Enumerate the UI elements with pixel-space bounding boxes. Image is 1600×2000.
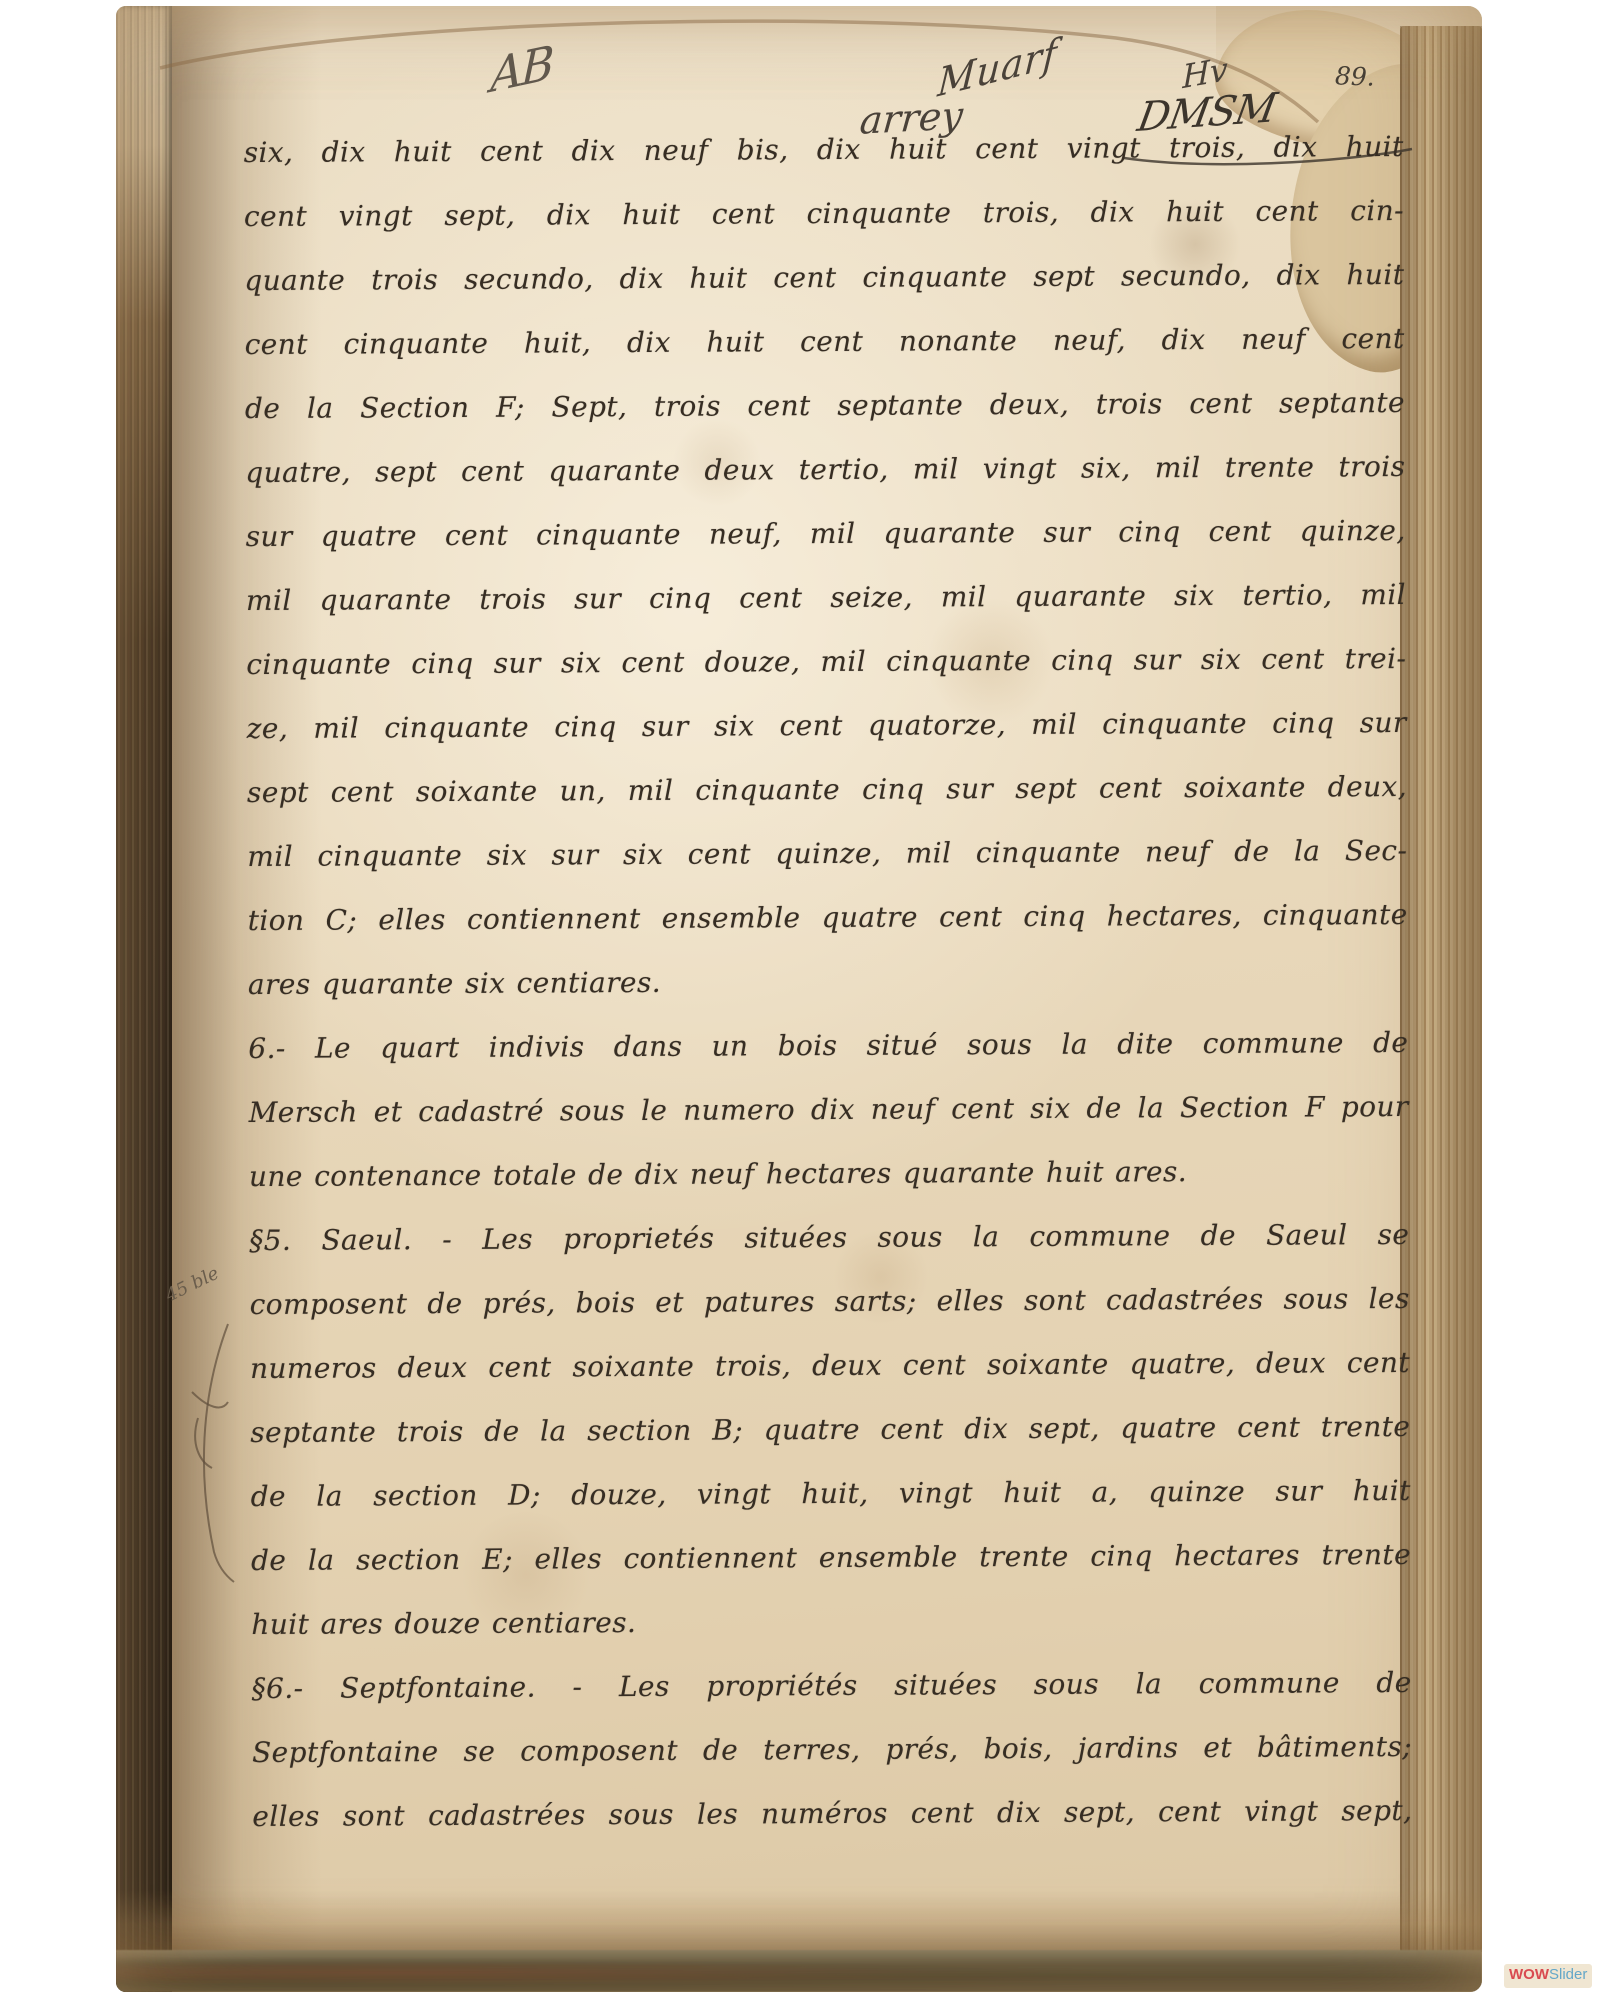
manuscript-line: cent vingt sept, dix huit cent cinquante…	[244, 179, 1404, 249]
manuscript-line: numeros deux cent soixante trois, deux c…	[250, 1331, 1410, 1401]
manuscript-line: ze, mil cinquante cinq sur six cent quat…	[247, 691, 1407, 761]
manuscript-line: quante trois secundo, dix huit cent cinq…	[244, 243, 1404, 313]
manuscript-line: cent cinquante huit, dix huit cent nonan…	[244, 307, 1404, 377]
manuscript-photo: AB Muarf Hv DMSM arrey 89. 45 ble six, d…	[116, 6, 1482, 1992]
manuscript-text: six, dix huit cent dix neuf bis, dix hui…	[243, 115, 1412, 1849]
watermark-slider-text: Slider	[1549, 1966, 1587, 1983]
screenshot: AB Muarf Hv DMSM arrey 89. 45 ble six, d…	[0, 0, 1600, 2000]
manuscript-line: de la Section F; Sept, trois cent septan…	[245, 371, 1405, 441]
manuscript-line: mil cinquante six sur six cent quinze, m…	[247, 819, 1407, 889]
manuscript-line: sur quatre cent cinquante neuf, mil quar…	[245, 499, 1405, 569]
manuscript-line: elles sont cadastrées sous les numéros c…	[252, 1779, 1412, 1849]
manuscript-line: Septfontaine se composent de terres, pré…	[252, 1715, 1412, 1785]
manuscript-line: six, dix huit cent dix neuf bis, dix hui…	[243, 115, 1403, 185]
manuscript-line: huit ares douze centiares.	[251, 1587, 1411, 1657]
manuscript-line: ares quarante six centiares.	[248, 947, 1408, 1017]
manuscript-line: §5. Saeul. - Les proprietés situées sous…	[249, 1203, 1409, 1273]
manuscript-line: §6.- Septfontaine. - Les propriétés situ…	[252, 1651, 1412, 1721]
manuscript-line: de la section D; douze, vingt huit, ving…	[251, 1459, 1411, 1529]
page-number: 89.	[1335, 61, 1376, 91]
wowslider-watermark[interactable]: WOWSlider	[1504, 1964, 1592, 1988]
watermark-wow-text: WOW	[1509, 1966, 1549, 1983]
manuscript-line: Mersch et cadastré sous le numero dix ne…	[249, 1075, 1409, 1145]
manuscript-line: composent de prés, bois et patures sarts…	[250, 1267, 1410, 1337]
manuscript-line: tion C; elles contiennent ensemble quatr…	[248, 883, 1408, 953]
manuscript-line: sept cent soixante un, mil cinquante cin…	[247, 755, 1407, 825]
manuscript-line: une contenance totale de dix neuf hectar…	[249, 1139, 1409, 1209]
manuscript-line: 6.- Le quart indivis dans un bois situé …	[248, 1011, 1408, 1081]
manuscript-line: quatre, sept cent quarante deux tertio, …	[245, 435, 1405, 505]
manuscript-line: de la section E; elles contiennent ensem…	[251, 1523, 1411, 1593]
manuscript-line: cinquante cinq sur six cent douze, mil c…	[246, 627, 1406, 697]
manuscript-line: mil quarante trois sur cinq cent seize, …	[246, 563, 1406, 633]
manuscript-line: septante trois de la section B; quatre c…	[250, 1395, 1410, 1465]
